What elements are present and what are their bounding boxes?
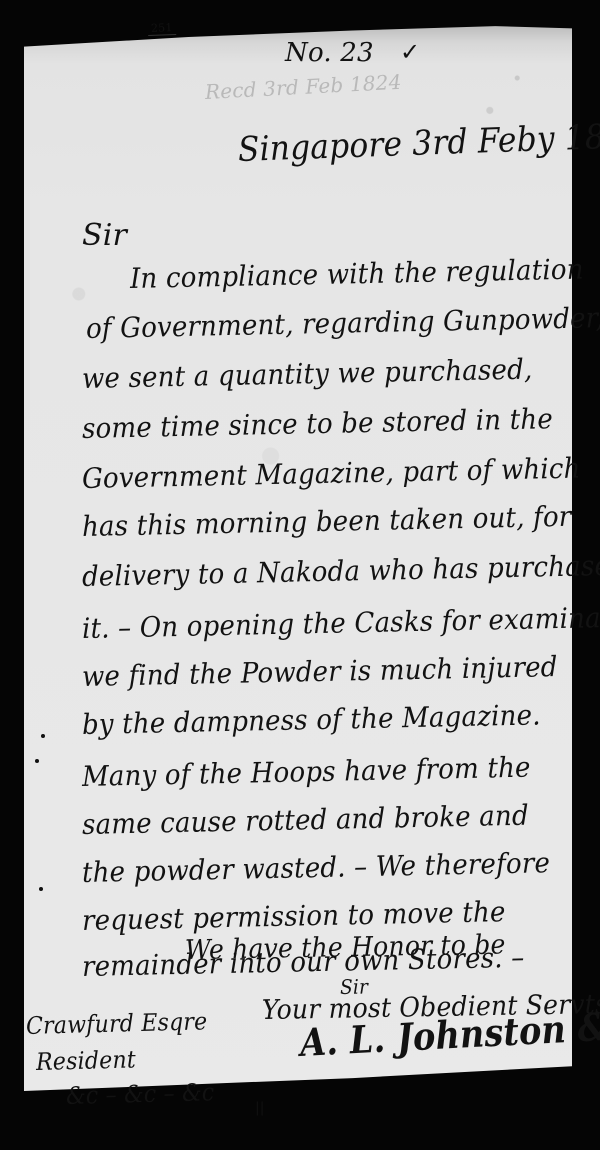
addressee-line: Crawfurd Esqre bbox=[26, 1007, 208, 1040]
scan-frame: 251 No. 23 ✓ Recd 3rd Feb 1824 Singapore… bbox=[0, 0, 600, 1150]
salutation: Sir bbox=[82, 218, 127, 253]
folio-number: 251 bbox=[148, 21, 176, 36]
pencil-tick: || bbox=[255, 1100, 264, 1116]
check-mark-icon: ✓ bbox=[400, 38, 420, 66]
ink-spot bbox=[35, 759, 39, 763]
ink-spot bbox=[41, 734, 45, 738]
closing-line: We have the Honor to be bbox=[185, 929, 506, 966]
document-number: No. 23 bbox=[285, 38, 374, 68]
addressee-line: &c – &c – &c bbox=[66, 1078, 215, 1110]
ink-spot bbox=[39, 887, 43, 891]
addressee-line: Resident bbox=[36, 1045, 137, 1076]
